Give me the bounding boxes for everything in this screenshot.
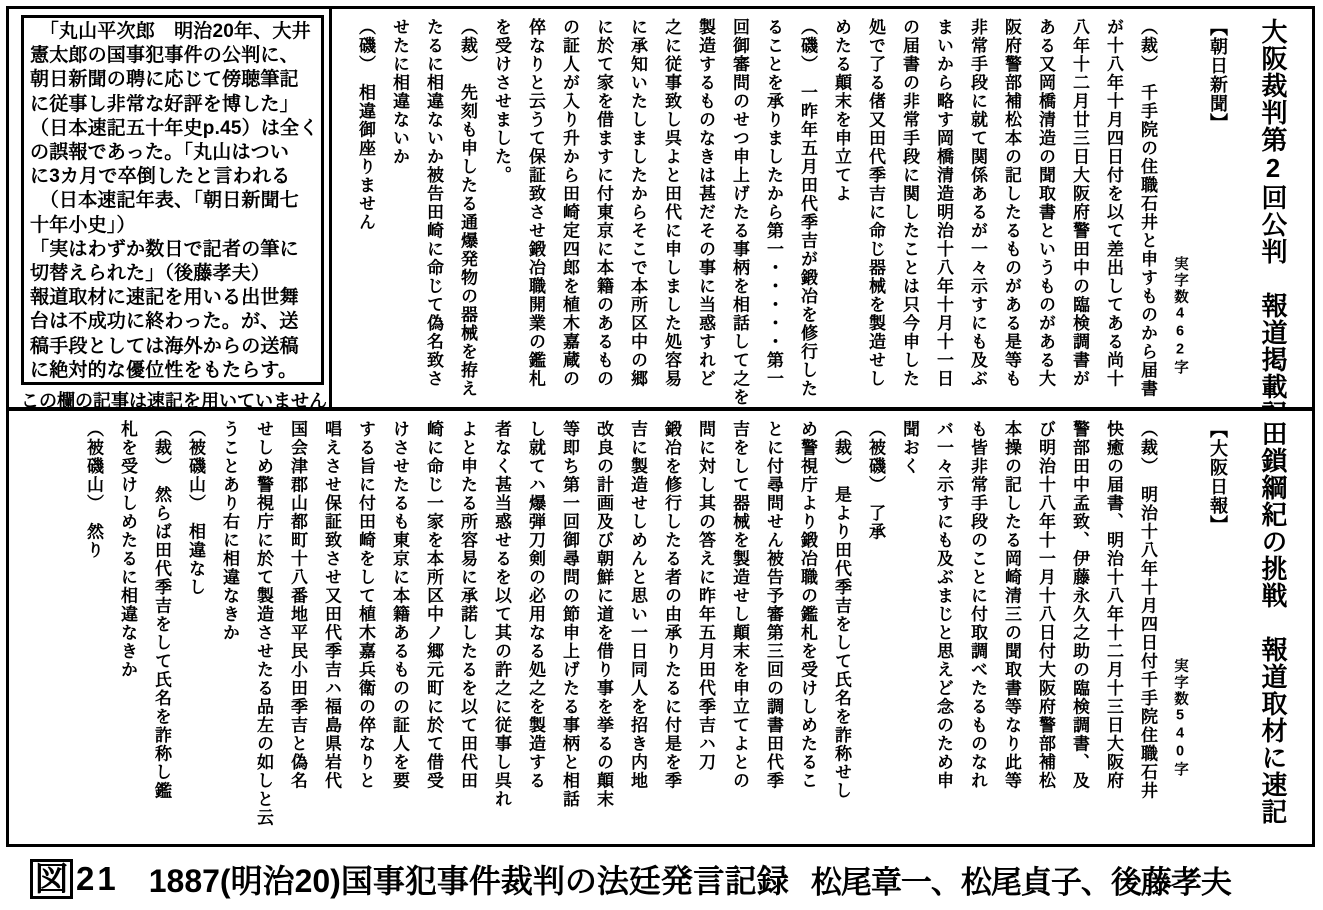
- note-line: 「実はわずか数日で記者の筆に: [30, 238, 317, 262]
- text-column: 倅なりと云うて保証致させ鍛冶職開業の鑑札: [518, 18, 552, 401]
- text-column: 快癒の届書、明治十八年十二月十三日大阪府: [1096, 420, 1130, 837]
- note-line: 「丸山平次郎 明治20年、大井: [30, 20, 317, 44]
- text-column: を受けさせました。: [484, 18, 518, 401]
- note-line: 稿手段としては海外からの送稿: [30, 335, 317, 359]
- text-column: 本操の記したる岡崎清三の聞取書等なり此等: [994, 420, 1028, 837]
- figure-number: 21: [76, 860, 119, 898]
- note-line: （日本速記五十年史p.45）は全く: [30, 117, 317, 141]
- text-column: うことあり右に相違なきか: [212, 420, 246, 837]
- text-column: 改良の計画及び朝鮮に道を借り事を挙るの顛末: [586, 420, 620, 837]
- bottom-article-columns: 田鎖綱紀の挑戦 報道取材に速記【大阪日報】実字数540字（裁） 明治十八年十月四…: [9, 411, 1312, 843]
- text-column: 国会津郡山都町十八番地平民小田季吉と偽名: [280, 420, 314, 837]
- note-line: に絶対的な優位性をもたらす。: [30, 359, 317, 383]
- text-column: 実字数540字: [1164, 420, 1196, 837]
- note-line: 報道取材に速記を用いる出世舞: [30, 286, 317, 310]
- note-line: 台は不成功に終わった。が、送: [30, 310, 317, 334]
- bottom-panel: 田鎖綱紀の挑戦 報道取材に速記【大阪日報】実字数540字（裁） 明治十八年十月四…: [9, 411, 1312, 843]
- text-column: 製造するものなきは甚だその事に当惑すれど: [688, 18, 722, 401]
- text-column: （被磯） 了承: [858, 420, 892, 837]
- text-column: 唱えさせ保証致させ又田代季吉ハ福島県岩代: [314, 420, 348, 837]
- note-footer: この欄の記事は速記を用いていません: [21, 387, 324, 413]
- text-column: （裁） 千手院の住職石井と申すものから届書: [1130, 18, 1164, 401]
- note-line: に3カ月で卒倒したと言われる: [30, 165, 317, 189]
- text-column: 回御審問のせつ申上げたる事柄を相話して之を: [722, 18, 756, 401]
- text-column: 之に従事致し呉よと田代に申しました処容易: [654, 18, 688, 401]
- text-column: （裁） 是より田代季吉をして氏名を詐称せし: [824, 420, 858, 837]
- text-column: 実字数462字: [1164, 18, 1196, 401]
- top-panel: 「丸山平次郎 明治20年、大井憲太郎の国事犯事件の公判に、朝日新聞の聘に応じて傍…: [9, 9, 1312, 411]
- note-box: 「丸山平次郎 明治20年、大井憲太郎の国事犯事件の公判に、朝日新聞の聘に応じて傍…: [21, 15, 324, 385]
- note-line: 憲太郎の国事犯事件の公判に、: [30, 44, 317, 68]
- text-column: （磯） 相違御座りません: [348, 18, 382, 401]
- note-line: の誤報であった。「丸山はつい: [30, 141, 317, 165]
- text-column: とに付尋問せん被告予審第三回の調書田代季: [756, 420, 790, 837]
- figure-label: 図: [30, 859, 73, 900]
- text-column: （裁） 明治十八年十月四日付千手院住職石井: [1130, 420, 1164, 837]
- text-column: 大阪裁判第2回公判 報道掲載記事: [1240, 18, 1302, 401]
- top-article-columns: 大阪裁判第2回公判 報道掲載記事【朝日新聞】実字数462字（裁） 千手院の住職石…: [332, 9, 1312, 407]
- text-column: め警視庁より鍛冶職の鑑札を受けしめたるこ: [790, 420, 824, 837]
- note-region: 「丸山平次郎 明治20年、大井憲太郎の国事犯事件の公判に、朝日新聞の聘に応じて傍…: [9, 9, 332, 407]
- text-column: 札を受けしめたるに相違なきか: [110, 420, 144, 837]
- caption-authors: 松尾章一、松尾貞子、後藤孝夫: [811, 857, 1231, 902]
- text-column: ることを承りましたから第一・・・・・第一: [756, 18, 790, 401]
- text-column: 崎に命じ一家を本所区中ノ郷元町に於て借受: [416, 420, 450, 837]
- text-column: び明治十八年十一月十八日付大阪府警部補松: [1028, 420, 1062, 837]
- text-column: 聞おく: [892, 420, 926, 837]
- text-column: も皆非常手段のことに付取調べたるものなれ: [960, 420, 994, 837]
- text-column: に於て家を借ますに付東京に本籍のあるもの: [586, 18, 620, 401]
- text-column: 吉に製造せしめんと思い一日同人を招き内地: [620, 420, 654, 837]
- text-column: 【朝日新聞】: [1196, 18, 1240, 401]
- figure-frame: 「丸山平次郎 明治20年、大井憲太郎の国事犯事件の公判に、朝日新聞の聘に応じて傍…: [6, 6, 1315, 847]
- text-column: 者なく甚当惑せるを以て其の許之に従事し呉れ: [484, 420, 518, 837]
- text-column: する旨に付田崎をして植木嘉兵衛の倅なりと: [348, 420, 382, 837]
- text-column: （被磯山） 然り: [76, 420, 110, 837]
- text-column: 八年十二月廿三日大阪府警田中の臨検調書が: [1062, 18, 1096, 401]
- text-column: せたに相違ないか: [382, 18, 416, 401]
- note-line: 朝日新聞の聘に応じて傍聴筆記: [30, 68, 317, 92]
- text-column: まいから略す岡橋清造明治十八年十月十一日: [926, 18, 960, 401]
- text-column: バ一々示すにも及ぶまじと思えど念のため申: [926, 420, 960, 837]
- text-column: 阪府警部補松本の記したるものがある是等も: [994, 18, 1028, 401]
- text-column: が十八年十月四日付を以て差出してある尚十: [1096, 18, 1130, 401]
- text-column: 【大阪日報】: [1196, 420, 1240, 837]
- note-line: 十年小史」）: [30, 214, 317, 238]
- text-column: 非常手段に就て関係あるが一々示すにも及ぶ: [960, 18, 994, 401]
- document-page: 「丸山平次郎 明治20年、大井憲太郎の国事犯事件の公判に、朝日新聞の聘に応じて傍…: [0, 0, 1323, 910]
- text-column: よと申たる所容易に承諾したるを以て田代田: [450, 420, 484, 837]
- text-column: たるに相違ないか被告田崎に命じて偽名致さ: [416, 18, 450, 401]
- text-column: 等即ち第一回御尋問の節申上げたる事柄と相話: [552, 420, 586, 837]
- text-column: せしめ警視庁に於て製造させたる品左の如しと云: [246, 420, 280, 837]
- text-column: 処で了る偖又田代季吉に命じ器械を製造せし: [858, 18, 892, 401]
- text-column: 吉をして器械を製造せし顛末を申立てよとの: [722, 420, 756, 837]
- text-column: （裁） 先刻も申したる通爆発物の器械を拵え: [450, 18, 484, 401]
- text-column: ある又岡橋清造の聞取書というものがある大: [1028, 18, 1062, 401]
- text-column: けさせたるも東京に本籍あるものの証人を要: [382, 420, 416, 837]
- text-column: の届書の非常手段に関したことは只今申した: [892, 18, 926, 401]
- text-column: 警部田中孟致、伊藤永久之助の臨検調書、及: [1062, 420, 1096, 837]
- text-column: 鍛冶を修行したる者の由承りたるに付是を季: [654, 420, 688, 837]
- note-line: に従事し非常な好評を博した」: [30, 93, 317, 117]
- note-line: 切替えられた」（後藤孝夫）: [30, 262, 317, 286]
- note-line: （日本速記年表、「朝日新聞七: [30, 189, 317, 213]
- text-column: （磯） 一昨年五月田代季吉が鍛冶を修行した: [790, 18, 824, 401]
- text-column: 問に対し其の答えに昨年五月田代季吉ハ刀: [688, 420, 722, 837]
- text-column: の証人が入り升から田崎定四郎を植木嘉蔵の: [552, 18, 586, 401]
- text-column: に承知いたしましたからそこで本所区中の郷: [620, 18, 654, 401]
- text-column: し就てハ爆弾刀剣の必用なる処之を製造する: [518, 420, 552, 837]
- caption-title: 1887(明治20)国事犯事件裁判の法廷発言記録: [149, 856, 789, 902]
- figure-caption: 図 21 1887(明治20)国事犯事件裁判の法廷発言記録 松尾章一、松尾貞子、…: [30, 856, 1320, 902]
- text-column: 田鎖綱紀の挑戦 報道取材に速記: [1240, 420, 1302, 837]
- text-column: めたる顛末を申立てよ: [824, 18, 858, 401]
- text-column: （裁） 然らば田代季吉をして氏名を詐称し鑑: [144, 420, 178, 837]
- text-column: （被磯山） 相違なし: [178, 420, 212, 837]
